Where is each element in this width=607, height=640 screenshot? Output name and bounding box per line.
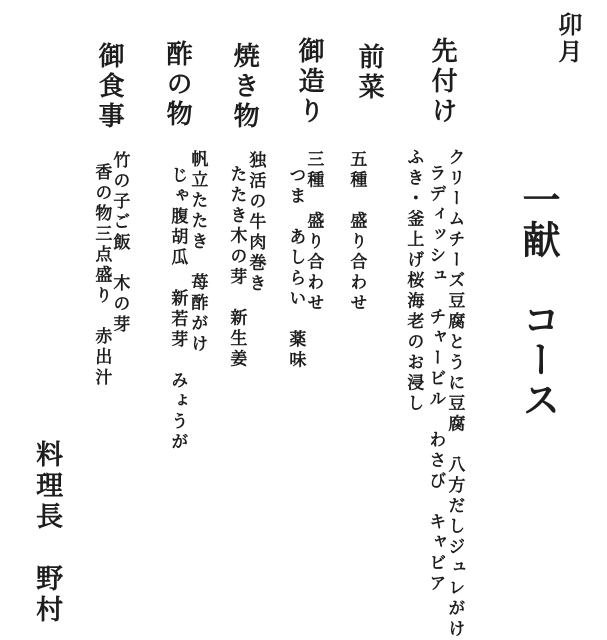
section-heading-oshokuji: 御食事 — [95, 42, 123, 132]
menu-line: たたき木の芽 新生姜 — [227, 165, 245, 370]
section-heading-otsukuri: 御造り — [295, 37, 323, 127]
menu-line: 竹の子ご飯 木の芽 — [110, 151, 128, 336]
menu-line: じゃ腹胡瓜 新若芽 みょうが — [168, 166, 186, 453]
section-heading-sakizuke: 先付け — [428, 37, 456, 127]
menu-page: 卯月 一献 コース 先付け クリームチーズ豆腐とうに豆腐 八方だしジュレがけ ラ… — [0, 0, 607, 640]
menu-line: ふき・釜上げ桜海老のお浸し — [404, 148, 422, 415]
menu-line: つま あしらい 薬味 — [286, 166, 304, 371]
menu-line: ラディッシュ チャービル わさび キャビア — [426, 164, 444, 595]
menu-line: 独活の牛肉巻き — [246, 151, 264, 295]
menu-line: 帆立たたき 苺酢がけ — [188, 150, 206, 355]
section-heading-sunomono: 酢の物 — [163, 40, 191, 130]
section-heading-zensai: 前菜 — [355, 43, 383, 103]
menu-line: 香の物三点盛り 赤出汁 — [92, 163, 110, 389]
chef-signature: 料理長 野村 — [32, 440, 61, 626]
menu-title: 一献 コース — [518, 180, 559, 420]
menu-line: 五種 盛り合わせ — [347, 150, 365, 314]
section-heading-yakimono: 焼き物 — [230, 42, 258, 132]
menu-line: クリームチーズ豆腐とうに豆腐 八方だしジュレがけ — [445, 148, 463, 640]
menu-line: 三種 盛り合わせ — [304, 150, 322, 314]
menu-month-label: 卯月 — [555, 12, 581, 66]
